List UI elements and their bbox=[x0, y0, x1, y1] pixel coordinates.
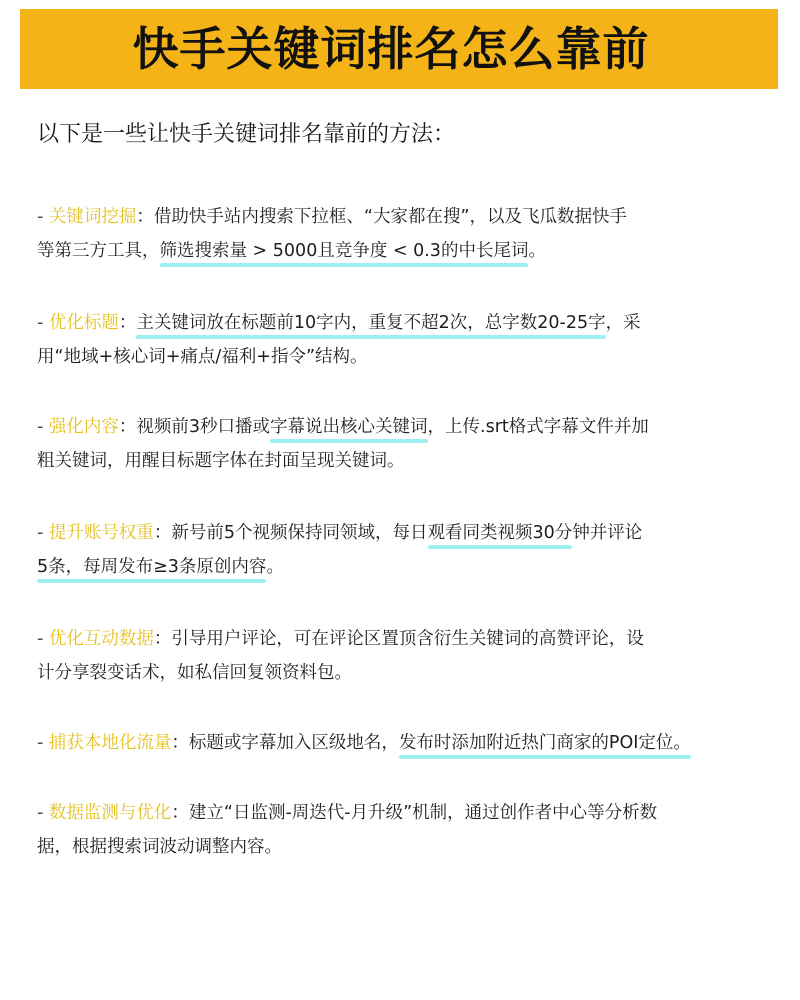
item-line: 5条，每周发布≥3条原创内容。 bbox=[37, 550, 787, 584]
item-text: 借助快手站内搜索下拉框、“大家都在搜”，以及飞瓜数据快手 bbox=[154, 207, 627, 227]
bullet-dash: - bbox=[37, 417, 49, 437]
item-label: 数据监测与优化 bbox=[49, 803, 172, 823]
label-colon: ： bbox=[171, 803, 189, 823]
label-colon: ： bbox=[119, 417, 137, 437]
item-text: 。 bbox=[528, 241, 546, 261]
highlighted-text: 发布时添加附近热门商家的POI定位。 bbox=[399, 733, 691, 753]
item-text: 引导用户评论，可在评论区置顶含衍生关键词的高赞评论，设 bbox=[171, 629, 644, 649]
label-colon: ： bbox=[136, 207, 154, 227]
highlighted-text: 字幕说出核心关键词 bbox=[270, 417, 428, 437]
item-line: - 优化互动数据：引导用户评论，可在评论区置顶含衍生关键词的高赞评论，设 bbox=[37, 622, 787, 656]
label-colon: ： bbox=[119, 313, 137, 333]
item-line: - 关键词挖掘：借助快手站内搜索下拉框、“大家都在搜”，以及飞瓜数据快手 bbox=[37, 200, 787, 234]
method-item-account-weight: - 提升账号权重：新号前5个视频保持同领域，每日观看同类视频30分钟并评论 5条… bbox=[37, 516, 787, 584]
item-text: 。 bbox=[266, 557, 284, 577]
item-text: 钟并评论 bbox=[572, 523, 642, 543]
item-label: 关键词挖掘 bbox=[49, 207, 137, 227]
label-colon: ： bbox=[154, 523, 172, 543]
highlighted-text: 主关键词放在标题前10字内，重复不超2次，总字数20-25字 bbox=[136, 313, 605, 333]
item-label: 优化标题 bbox=[49, 313, 119, 333]
item-text: 新号前5个视频保持同领域，每日 bbox=[171, 523, 427, 543]
item-label: 捕获本地化流量 bbox=[49, 733, 172, 753]
highlighted-text: 5条，每周发布≥3条原创内容 bbox=[37, 557, 266, 577]
item-text: 建立“日监测-周迭代-月升级”机制，通过创作者中心等分析数 bbox=[189, 803, 657, 823]
item-label: 优化互动数据 bbox=[49, 629, 154, 649]
highlighted-text: 筛选搜索量 > 5000且竞争度 < 0.3的中长尾词 bbox=[160, 241, 529, 261]
item-line: 据，根据搜索词波动调整内容。 bbox=[37, 830, 787, 864]
method-item-local-traffic: - 捕获本地化流量：标题或字幕加入区级地名，发布时添加附近热门商家的POI定位。 bbox=[37, 726, 787, 760]
item-text: 计分享裂变话术，如私信回复领资料包。 bbox=[37, 663, 352, 683]
item-text: 粗关键词，用醒目标题字体在封面呈现关键词。 bbox=[37, 451, 405, 471]
bullet-dash: - bbox=[37, 733, 49, 753]
bullet-dash: - bbox=[37, 629, 49, 649]
item-line: 用“地域+核心词+痛点/福利+指令”结构。 bbox=[37, 340, 787, 374]
method-item-interaction-data: - 优化互动数据：引导用户评论，可在评论区置顶含衍生关键词的高赞评论，设 计分享… bbox=[37, 622, 787, 690]
method-item-keyword-mining: - 关键词挖掘：借助快手站内搜索下拉框、“大家都在搜”，以及飞瓜数据快手 等第三… bbox=[37, 200, 787, 268]
label-colon: ： bbox=[171, 733, 189, 753]
bullet-dash: - bbox=[37, 523, 49, 543]
item-line: - 提升账号权重：新号前5个视频保持同领域，每日观看同类视频30分钟并评论 bbox=[37, 516, 787, 550]
bullet-dash: - bbox=[37, 313, 49, 333]
item-text: ，上传.srt格式字幕文件并加 bbox=[428, 417, 649, 437]
highlighted-text: 观看同类视频30分 bbox=[428, 523, 573, 543]
method-item-strengthen-content: - 强化内容：视频前3秒口播或字幕说出核心关键词，上传.srt格式字幕文件并加 … bbox=[37, 410, 787, 478]
item-text: 标题或字幕加入区级地名， bbox=[189, 733, 399, 753]
item-line: 计分享裂变话术，如私信回复领资料包。 bbox=[37, 656, 787, 690]
method-item-data-monitoring: - 数据监测与优化：建立“日监测-周迭代-月升级”机制，通过创作者中心等分析数 … bbox=[37, 796, 787, 864]
item-line: - 优化标题：主关键词放在标题前10字内，重复不超2次，总字数20-25字，采 bbox=[37, 306, 787, 340]
item-text: 用“地域+核心词+痛点/福利+指令”结构。 bbox=[37, 347, 368, 367]
item-line: 粗关键词，用醒目标题字体在封面呈现关键词。 bbox=[37, 444, 787, 478]
item-line: 等第三方工具，筛选搜索量 > 5000且竞争度 < 0.3的中长尾词。 bbox=[37, 234, 787, 268]
method-item-optimize-title: - 优化标题：主关键词放在标题前10字内，重复不超2次，总字数20-25字，采 … bbox=[37, 306, 787, 374]
bullet-dash: - bbox=[37, 803, 49, 823]
item-text: 视频前3秒口播或 bbox=[136, 417, 270, 437]
item-text: ，采 bbox=[606, 313, 641, 333]
item-text: 等第三方工具， bbox=[37, 241, 160, 261]
bullet-dash: - bbox=[37, 207, 49, 227]
item-line: - 捕获本地化流量：标题或字幕加入区级地名，发布时添加附近热门商家的POI定位。 bbox=[37, 726, 787, 760]
page-title: 快手关键词排名怎么靠前 bbox=[133, 26, 650, 72]
intro-text: 以下是一些让快手关键词排名靠前的方法： bbox=[37, 120, 455, 150]
item-text: 据，根据搜索词波动调整内容。 bbox=[37, 837, 282, 857]
title-banner: 快手关键词排名怎么靠前 bbox=[20, 9, 778, 89]
label-colon: ： bbox=[154, 629, 172, 649]
item-label: 提升账号权重 bbox=[49, 523, 154, 543]
item-line: - 数据监测与优化：建立“日监测-周迭代-月升级”机制，通过创作者中心等分析数 bbox=[37, 796, 787, 830]
item-line: - 强化内容：视频前3秒口播或字幕说出核心关键词，上传.srt格式字幕文件并加 bbox=[37, 410, 787, 444]
item-label: 强化内容 bbox=[49, 417, 119, 437]
